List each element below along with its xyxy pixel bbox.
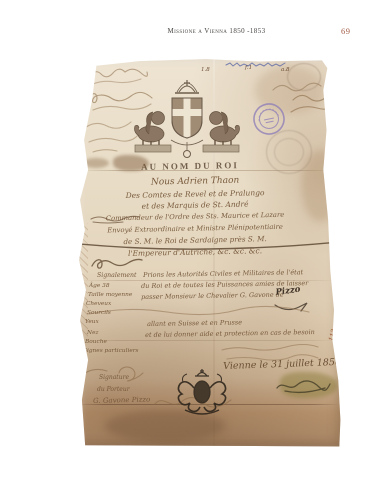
travel-line: allant en Suisse et en Prusse (147, 318, 242, 328)
archive-stamp-writing (225, 60, 287, 68)
embossed-oval-stamp (274, 138, 304, 166)
embossed-oval-stamp (287, 63, 321, 91)
signalement-row: Bouche (85, 339, 107, 345)
ink-smudge (113, 155, 149, 171)
handwriting-flourish (87, 304, 313, 320)
ledger-number: f.1 (245, 65, 252, 71)
margin-folio-number: 113 (327, 328, 338, 342)
signalement-title: Signalement (97, 272, 137, 279)
signalement-row: Taille moyenne (88, 292, 132, 298)
handwriting-flourish (220, 344, 320, 354)
page-number: 69 (341, 26, 351, 36)
ink-scribble (90, 256, 145, 272)
running-header: Missione a Vienna 1850 -1853 (50, 27, 383, 35)
handwriting-flourish (289, 90, 335, 118)
request-line: Prions les Autorités Civiles et Militair… (143, 268, 303, 279)
signalement-row: Sourcils (87, 310, 111, 316)
signalement-row: Cheveux (86, 301, 111, 307)
crowned-lion-seal (173, 368, 231, 416)
ink-smudge (83, 158, 109, 168)
travel-line: et de lui donner aide et protection en c… (145, 328, 315, 339)
minister-signature-scribble (275, 378, 331, 394)
request-line: passer Monsieur le Chevalier G. Gavone d… (141, 291, 284, 301)
savoy-coat-of-arms (127, 78, 247, 163)
bearer-signature: G. Gavone Pizzo (93, 396, 150, 405)
stamped-destination-name: Pizzo (275, 285, 301, 298)
signalement-row: Signes particuliers (83, 348, 139, 354)
signature-label: du Porteur (97, 386, 130, 393)
signalement-row: Yeux (85, 319, 99, 325)
signature-label: Signature (99, 374, 129, 381)
issuer-line: Nous Adrien Thaon (80, 174, 310, 189)
signalement-row: Nez (87, 330, 99, 336)
ink-scribble (89, 213, 149, 225)
ledger-number: 1.8 (201, 67, 210, 73)
signalement-row: Âge 38 (89, 283, 110, 289)
passport-photograph: 1.8 f.1 a.8 (75, 58, 342, 448)
fold-crease (79, 340, 337, 341)
